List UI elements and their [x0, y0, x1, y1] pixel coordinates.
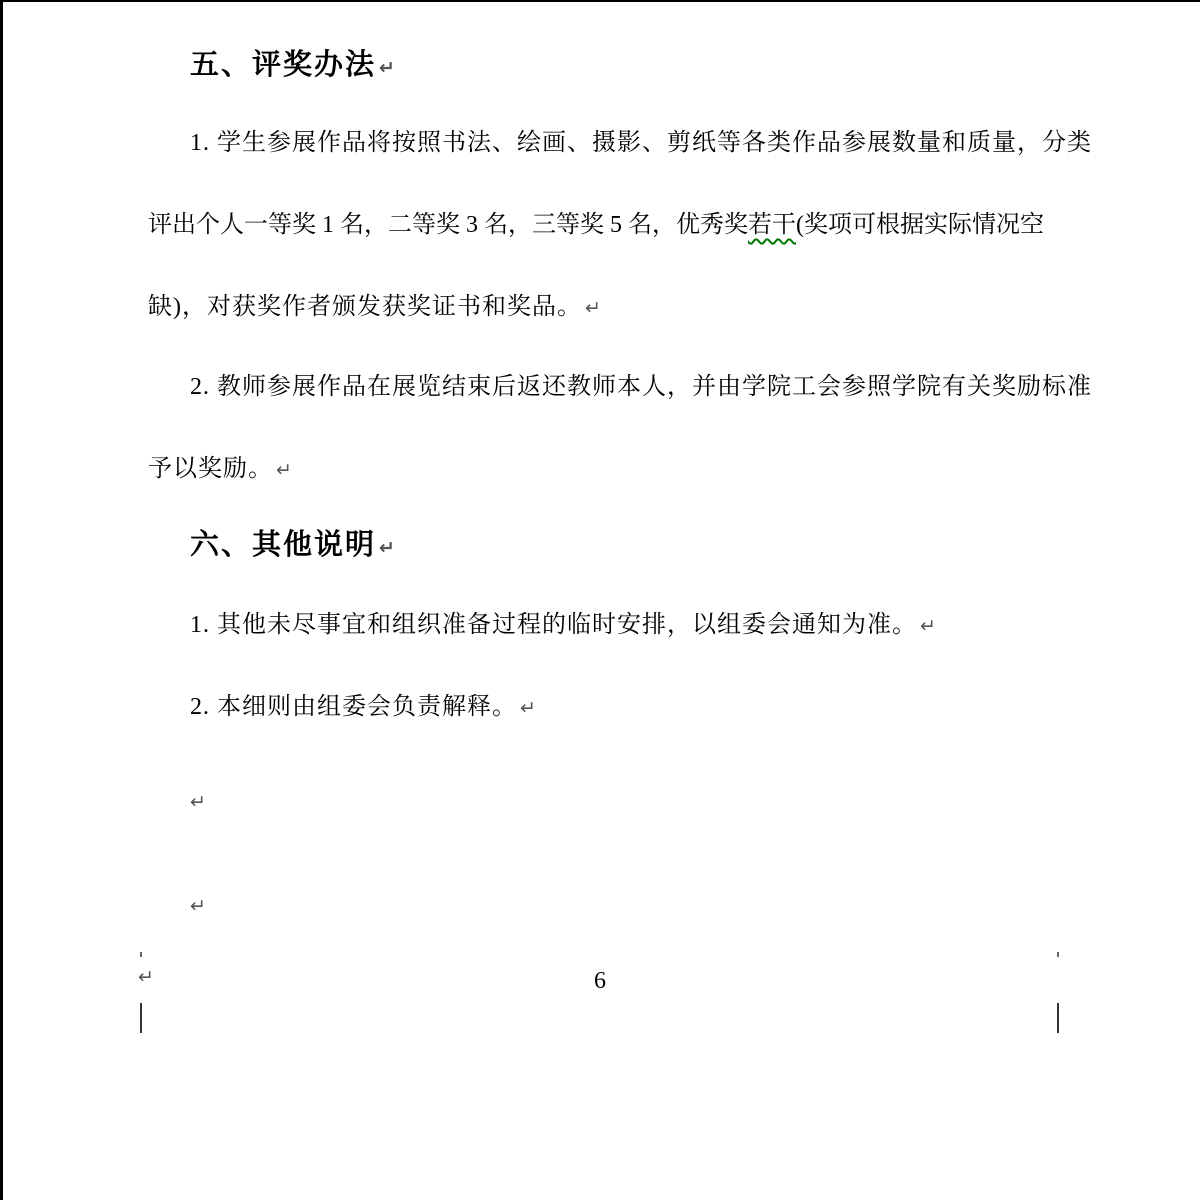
- pilcrow-mark: ↵: [273, 459, 292, 481]
- margin-marker-bar-left: [140, 1003, 142, 1033]
- s5-item2-line1: 2. 教师参展作品在展览结束后返还教师本人，并由学院工会参照学院有关奖励标准: [190, 366, 1092, 401]
- s5-item1-line3: 缺)，对获奖作者颁发获奖证书和奖品。↵: [148, 286, 601, 321]
- section5-heading: 五、评奖办法↵: [190, 42, 395, 83]
- s5-item2-line1-text: 2. 教师参展作品在展览结束后返还教师本人，并由学院工会参照学院有关奖励标准: [190, 374, 1092, 400]
- s5-item1-line3-text: 缺)，对获奖作者颁发获奖证书和奖品。: [148, 294, 582, 320]
- scan-border-left: [0, 0, 3, 1200]
- section5-heading-text: 五、评奖办法: [190, 49, 376, 81]
- pilcrow-mark: ↵: [582, 297, 601, 319]
- pilcrow-mark: ↵: [376, 57, 395, 79]
- pilcrow-mark: ↵: [517, 697, 536, 719]
- s6-item1-text: 1. 其他未尽事宜和组织准备过程的临时安排，以组委会通知为准。: [190, 612, 917, 638]
- s5-item1-line1-text: 1. 学生参展作品将按照书法、绘画、摄影、剪纸等各类作品参展数量和质量，分类: [190, 130, 1092, 156]
- margin-marker-tick-right: [1057, 952, 1059, 957]
- pilcrow-mark: ↵: [190, 895, 206, 917]
- s6-item1-line: 1. 其他未尽事宜和组织准备过程的临时安排，以组委会通知为准。↵: [190, 604, 936, 639]
- s5-item2-line2-text: 予以奖励。: [148, 456, 273, 482]
- empty-paragraph-2: ↵: [190, 892, 206, 919]
- empty-paragraph-1: ↵: [190, 788, 206, 815]
- s5-item1-line2-after: (奖项可根据实际情况空: [796, 212, 1044, 238]
- document-page: 五、评奖办法↵ 1. 学生参展作品将按照书法、绘画、摄影、剪纸等各类作品参展数量…: [0, 0, 1200, 1200]
- margin-marker-tick-left: [140, 952, 142, 957]
- section6-heading: 六、其他说明↵: [190, 522, 395, 563]
- s5-item1-line2-before: 评出个人一等奖 1 名，二等奖 3 名，三等奖 5 名，优秀奖: [148, 212, 748, 238]
- spellcheck-underlined-text: 若干: [748, 212, 796, 238]
- pilcrow-mark: ↵: [376, 537, 395, 559]
- s5-item1-line2: 评出个人一等奖 1 名，二等奖 3 名，三等奖 5 名，优秀奖若干(奖项可根据实…: [148, 204, 1044, 239]
- s6-item2-text: 2. 本细则由组委会负责解释。: [190, 694, 517, 720]
- s6-item2-line: 2. 本细则由组委会负责解释。↵: [190, 686, 536, 721]
- s5-item2-line2: 予以奖励。↵: [148, 448, 292, 483]
- pilcrow-mark: ↵: [190, 791, 206, 813]
- page-number: 6: [560, 968, 640, 995]
- pilcrow-mark: ↵: [917, 615, 936, 637]
- section6-heading-text: 六、其他说明: [190, 529, 376, 561]
- footer-pilcrow-mark: ↵: [138, 966, 154, 988]
- s5-item1-line1: 1. 学生参展作品将按照书法、绘画、摄影、剪纸等各类作品参展数量和质量，分类: [190, 122, 1092, 157]
- scan-border-top: [0, 0, 1200, 2]
- margin-marker-bar-right: [1057, 1003, 1059, 1033]
